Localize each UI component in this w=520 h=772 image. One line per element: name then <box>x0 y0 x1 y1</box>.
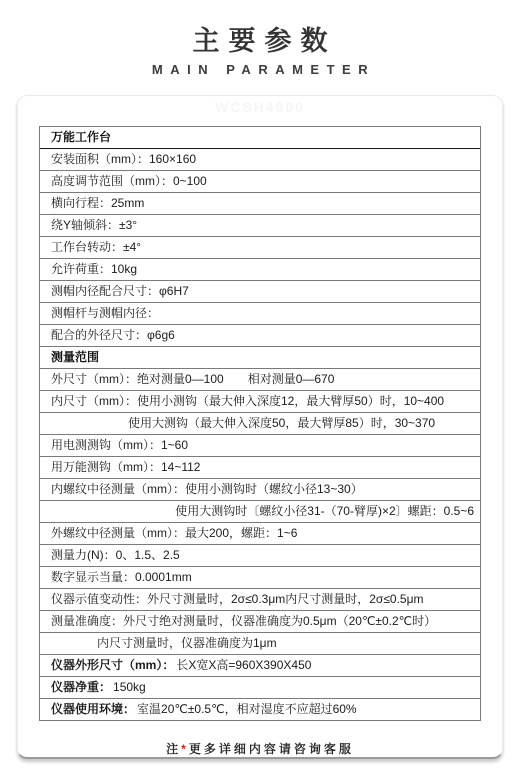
table-row: 绕Y轴倾斜：±3° <box>40 215 480 237</box>
table-row: 用电测测钩（mm）：1~60 <box>40 435 480 457</box>
table-row: 测量力(N)：0、1.5、2.5 <box>40 545 480 567</box>
page-subtitle: MAIN PARAMETER <box>0 62 520 77</box>
table-row: 仪器使用环境：室温20℃±0.5℃，相对湿度不应超过60% <box>40 699 480 721</box>
table-row: 仪器示值变动性：外尺寸测量时，2σ≤0.3μm内尺寸测量时，2σ≤0.5μm <box>40 589 480 611</box>
table-row: 横向行程：25mm <box>40 193 480 215</box>
table-row: 仪器外形尺寸（mm）：长X宽X高=960X390X450 <box>40 655 480 677</box>
table-row: 数字显示当量：0.0001mm <box>40 567 480 589</box>
table-row: 外螺纹中径测量（mm）：最大200，螺距：1~6 <box>40 523 480 545</box>
table-row: 安装面积（mm）：160×160 <box>40 149 480 171</box>
table-row: 使用大测钩（最大伸入深度50，最大臂厚85）时，30~370 <box>40 413 480 435</box>
table-row: 使用大测钩时〔螺纹小径31-（70-臂厚)×2〕螺距：0.5~6 <box>40 501 480 523</box>
table-row: 外尺寸（mm）：绝对测量0—100 相对测量0—670 <box>40 369 480 391</box>
row-label: 仪器使用环境： <box>51 702 135 716</box>
page-title: 主要参数 <box>0 25 520 57</box>
table-row: 允许荷重：10kg <box>40 259 480 281</box>
row-label: 仪器外形尺寸（mm）： <box>51 658 174 672</box>
table-row: 用万能测钩（mm）：14~112 <box>40 457 480 479</box>
table-row: 测帽内径配合尺寸：φ6H7 <box>40 281 480 303</box>
page-header: 主要参数 MAIN PARAMETER <box>0 0 520 77</box>
watermark-text: WCSH4000 <box>18 99 502 115</box>
table-row: 工作台转动：±4° <box>40 237 480 259</box>
footer-note-text: 更多详细内容请咨询客服 <box>189 742 354 756</box>
spec-card: WCSH4000 万能工作台安装面积（mm）：160×160高度调节范围（mm）… <box>17 95 503 759</box>
table-row: 内尺寸（mm）：使用小测钩（最大伸入深度12，最大臂厚50）时，10~400 <box>40 391 480 413</box>
table-row: 内尺寸测量时，仪器准确度为1μm <box>40 633 480 655</box>
spec-table: 万能工作台安装面积（mm）：160×160高度调节范围（mm）：0~100横向行… <box>39 126 481 721</box>
spec-page: 主要参数 MAIN PARAMETER WCSH4000 万能工作台安装面积（m… <box>0 0 520 772</box>
table-row: 测帽杆与测帽内径： <box>40 303 480 325</box>
row-value: 150kg <box>113 680 146 694</box>
row-label: 仪器净重： <box>51 680 111 694</box>
table-row: 配合的外径尺寸：φ6g6 <box>40 325 480 347</box>
row-value: 长X宽X高=960X390X450 <box>176 658 311 672</box>
footer-note-asterisk: * <box>181 742 189 756</box>
footer-note-prefix: 注 <box>166 742 181 756</box>
section-header-row: 万能工作台 <box>40 127 480 149</box>
row-value: 室温20℃±0.5℃，相对湿度不应超过60% <box>137 702 357 716</box>
table-row: 仪器净重：150kg <box>40 677 480 699</box>
table-row: 内螺纹中径测量（mm）：使用小测钩时（螺纹小径13~30） <box>40 479 480 501</box>
footer-note: 注*更多详细内容请咨询客服 <box>0 740 520 757</box>
table-row: 测量准确度：外尺寸绝对测量时，仪器准确度为0.5μm（20℃±0.2℃时） <box>40 611 480 633</box>
table-row: 高度调节范围（mm）：0~100 <box>40 171 480 193</box>
section-header-row: 测量范围 <box>40 347 480 369</box>
